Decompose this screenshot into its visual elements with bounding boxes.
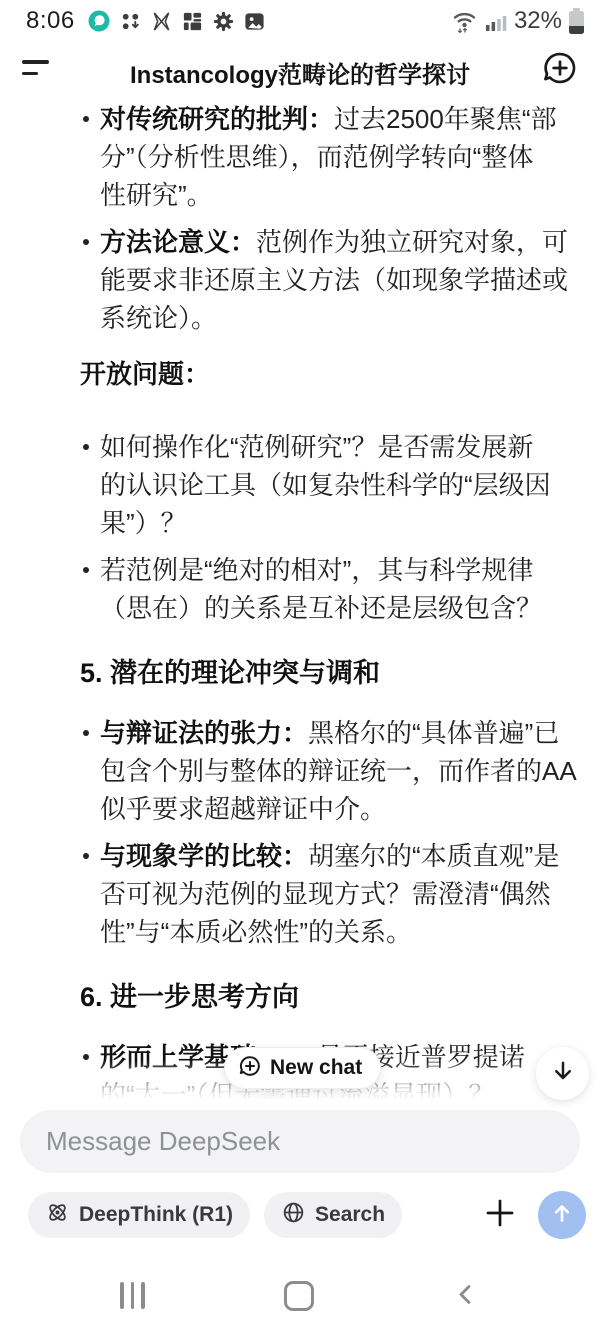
photo-icon [243,10,266,33]
status-bar: 8:06 32% [0,0,600,42]
back-button[interactable] [452,1281,479,1313]
search-label: Search [315,1203,385,1227]
status-left-cluster: 8:06 [26,7,266,35]
recents-icon [120,1282,124,1309]
chat-badge-icon [87,9,111,33]
menu-icon [22,60,49,64]
app-dots-icon [119,10,142,33]
globe-icon [281,1200,306,1230]
bullet-item: 对传统研究的批判：过去2500年聚焦“部 分”（分析性思维），而范例学转向“整体… [80,100,567,214]
clock: 8:06 [26,7,75,35]
attach-button[interactable] [478,1193,522,1237]
new-chat-pill-button[interactable]: New chat [224,1047,381,1089]
numbered-heading: 6. 进一步思考方向 [80,977,567,1017]
battery-icon [569,8,584,34]
bullet-marker [83,730,89,736]
bullet-item: 与辩证法的张力：黑格尔的“具体普遍”已 包含个别与整体的辩证统一，而作者的AA … [80,714,567,828]
status-right-cluster: 32% [450,7,584,35]
arrow-down-icon [550,1058,576,1089]
app-wireframe-icon [150,10,173,33]
conversation-title: Instancology范畴论的哲学探讨 [70,55,530,90]
send-button[interactable] [538,1191,586,1239]
scroll-to-bottom-button[interactable] [536,1047,589,1100]
atom-icon [45,1200,70,1230]
app-header: Instancology范畴论的哲学探讨 [0,42,600,98]
bullet-marker [83,239,89,245]
bullet-marker [83,116,89,122]
new-chat-button[interactable] [538,48,582,92]
recents-button[interactable] [120,1282,145,1309]
arrow-up-icon [550,1201,574,1230]
gear-icon [212,10,235,33]
bullet-marker [83,567,89,573]
home-button[interactable] [284,1281,314,1311]
bullet-item: 与现象学的比较：胡塞尔的“本质直观”是 否可视为范例的显现方式？需澄清“偶然 性… [80,837,567,951]
message-input[interactable] [44,1125,556,1158]
new-chat-bubble-icon [541,49,579,92]
bullet-item: 若范例是“绝对的相对”，其与科学规律 （思在）的关系是互补还是层级包含？ [80,551,567,627]
new-chat-label: New chat [270,1056,362,1080]
wifi-icon [450,8,479,34]
battery-percent: 32% [514,7,562,35]
deepthink-toggle[interactable]: DeepThink (R1) [28,1192,250,1238]
composer-chips: DeepThink (R1) Search [28,1192,402,1238]
menu-button[interactable] [22,60,52,82]
back-icon [452,1295,479,1312]
new-chat-bubble-icon [238,1054,262,1083]
bullet-item: 方法论意义：范例作为独立研究对象，可 能要求非还原主义方法（如现象学描述或 系统… [80,223,567,337]
signal-icon [486,9,507,33]
deepthink-label: DeepThink (R1) [79,1203,233,1227]
section-heading: 开放问题： [80,355,567,393]
message-input-container [20,1110,580,1173]
numbered-heading: 5. 潜在的理论冲突与调和 [80,653,567,693]
search-toggle[interactable]: Search [264,1192,402,1238]
bullet-item: 如何操作化“范例研究”？是否需发展新 的认识论工具（如复杂性科学的“层级因 果”… [80,428,567,542]
plus-icon [482,1195,518,1236]
bullet-marker [83,853,89,859]
app-mosaic-icon [181,10,204,33]
message-content: 对传统研究的批判：过去2500年聚焦“部 分”（分析性思维），而范例学转向“整体… [0,98,600,1098]
bullet-marker [83,444,89,450]
